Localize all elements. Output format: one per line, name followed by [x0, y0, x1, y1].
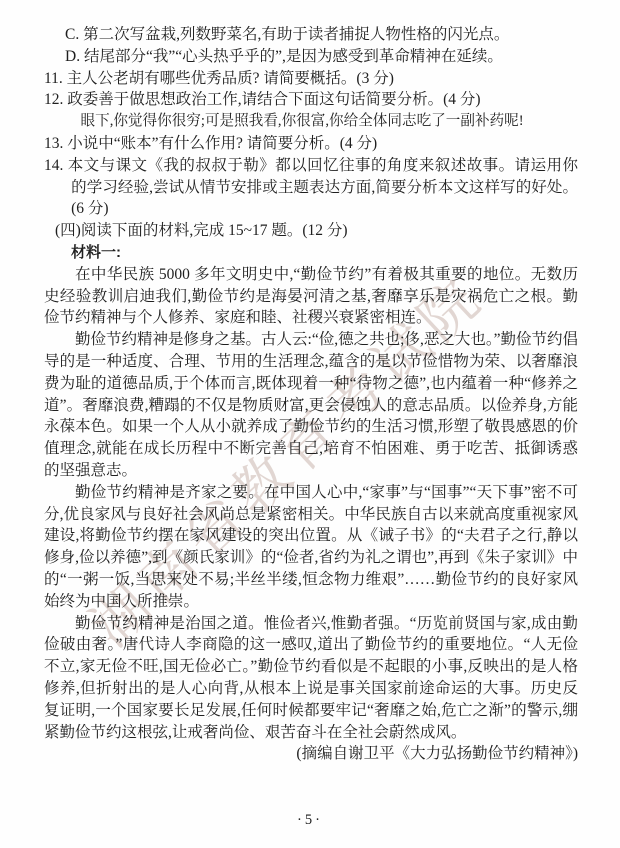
material-paragraph-2: 勤俭节约精神是修身之基。古人云:“俭,德之共也;侈,恶之大也。”勤俭节约倡导的是… — [44, 329, 578, 482]
material-paragraph-4: 勤俭节约精神是治国之道。惟俭者兴,惟勤者强。“历览前贤国与家,成由勤俭破由奢。”… — [44, 613, 578, 744]
question-11: 11. 主人公老胡有哪些优秀品质? 请简要概括。(3 分) — [44, 68, 578, 90]
section-four-heading: (四)阅读下面的材料,完成 15~17 题。(12 分) — [55, 220, 578, 242]
question-12-quote: 眼下,你觉得你很穷;可是照我看,你很富,你给全体同志吃了一副补药呢! — [44, 111, 578, 133]
material-paragraph-1: 在中华民族 5000 多年文明史中,“勤俭节约”有着极其重要的地位。无数历史经验… — [44, 264, 578, 329]
page-number: ·5· — [0, 812, 620, 829]
question-14: 14. 本文与课文《我的叔叔于勒》都以回忆往事的角度来叙述故事。请运用你的学习经… — [44, 155, 578, 220]
question-13: 13. 小说中“账本”有什么作用? 请简要分析。(4 分) — [44, 133, 578, 155]
exam-page-content: C. 第二次写盆栽,列数野菜名,有助于读者捕捉人物性格的闪光点。 D. 结尾部分… — [44, 24, 578, 765]
material-one-heading: 材料一: — [44, 242, 578, 264]
material-citation: (摘编自谢卫平《大力弘扬勤俭节约精神》) — [44, 743, 578, 765]
option-d-line: D. 结尾部分“我”“心头热乎乎的”,是因为感受到革命精神在延续。 — [65, 46, 578, 68]
question-12: 12. 政委善于做思想政治工作,请结合下面这句话简要分析。(4 分) — [44, 89, 578, 111]
option-c-line: C. 第二次写盆栽,列数野菜名,有助于读者捕捉人物性格的闪光点。 — [65, 24, 578, 46]
material-paragraph-3: 勤俭节约精神是齐家之要。在中国人心中,“家事”与“国事”“天下事”密不可分,优良… — [44, 482, 578, 613]
